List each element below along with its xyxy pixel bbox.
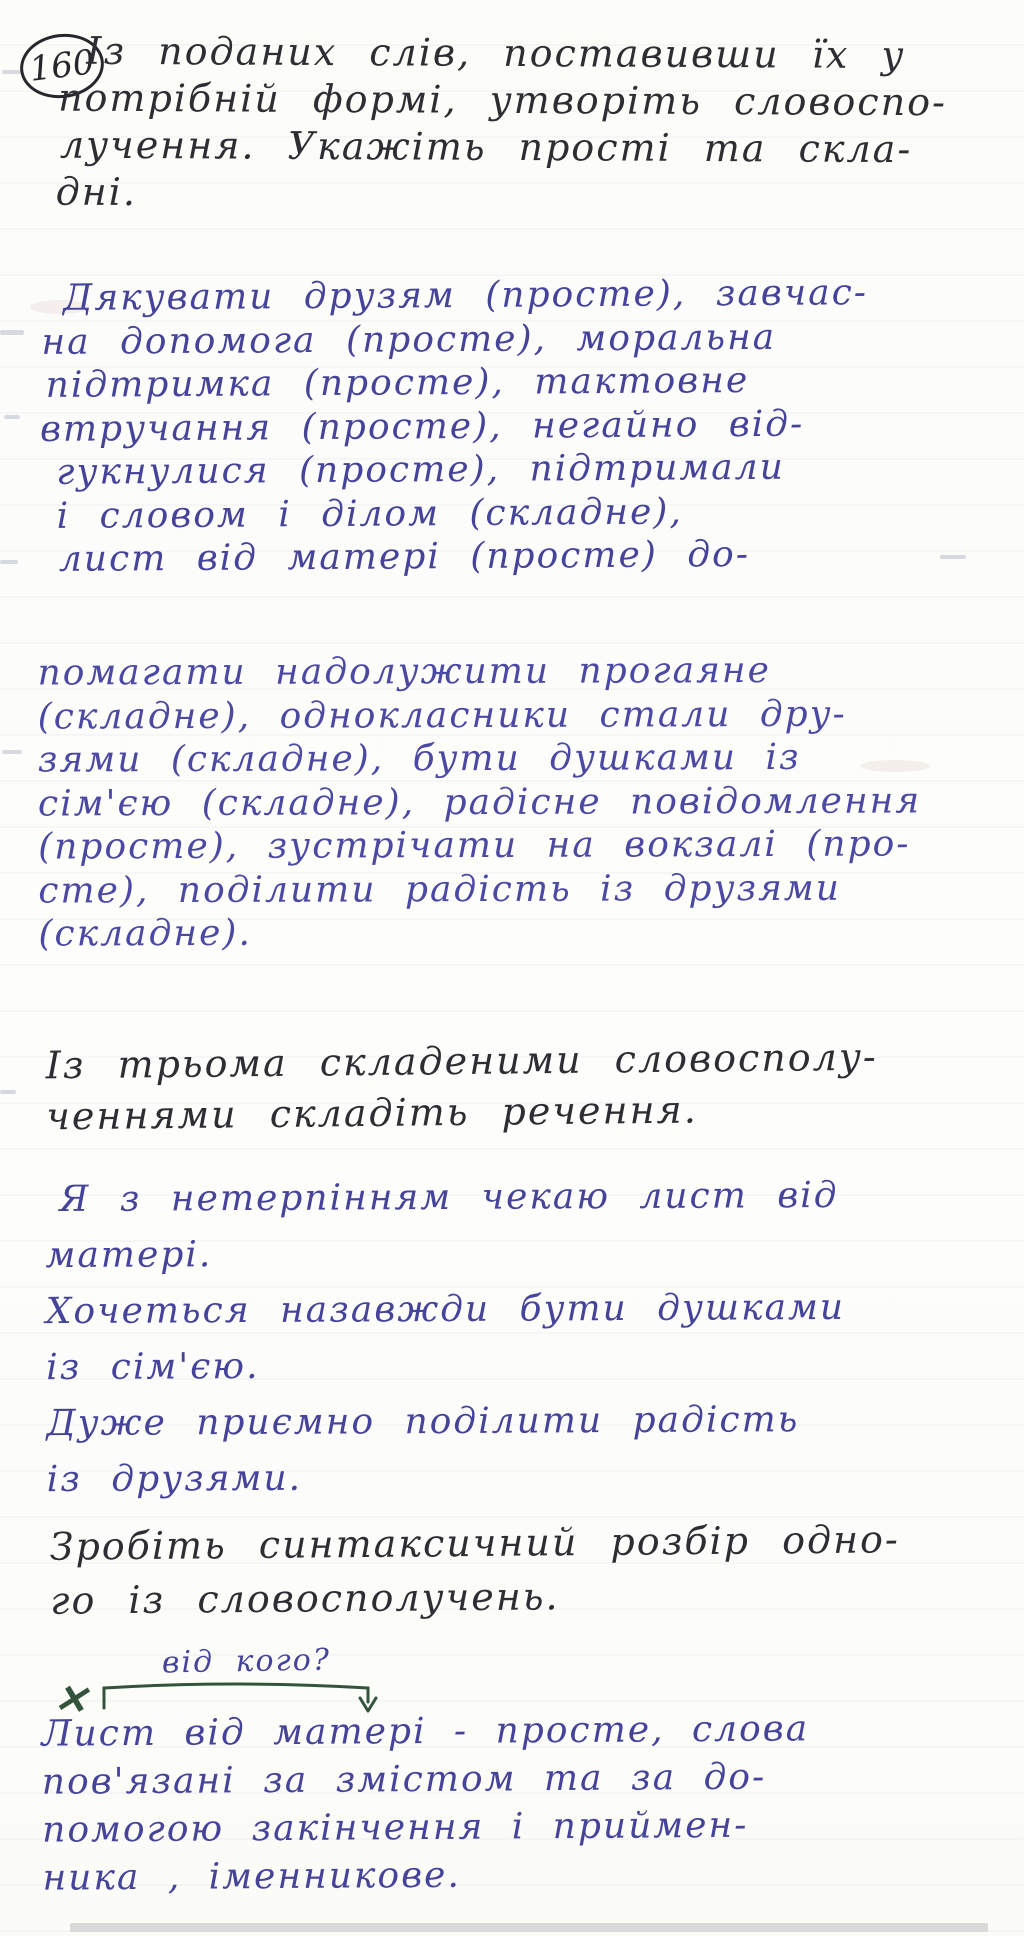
notebook-page: 160 Із поданих слів, поставивши їх у пот… <box>0 0 1024 1936</box>
scan-artifact <box>4 415 20 419</box>
sentence-line: із друзями. <box>47 1448 846 1508</box>
sentence-line: Я з нетерпінням чекаю лист від <box>45 1168 844 1228</box>
sentences-block: Я з нетерпінням чекаю лист від матері. Х… <box>45 1168 846 1508</box>
answer-line: лист від матері (просте) до- <box>59 532 870 581</box>
answer-paragraph-2: помагати надолужити прогаяне (складне), … <box>37 648 921 956</box>
answer-line: Дякувати друзям (просте), завчас- <box>55 271 868 320</box>
task-instruction-3: Зробіть синтаксичний розбір одно- го із … <box>50 1512 901 1627</box>
question-label: від кого? <box>162 1643 331 1681</box>
sentence-line: матері. <box>45 1224 844 1284</box>
scan-edge-strip <box>70 1923 988 1932</box>
answer-line: гукнулися (просте), підтримали <box>56 445 869 494</box>
sentence-line: Хочеться назавжди бути душками <box>46 1280 845 1340</box>
analysis-line: ника , іменникове. <box>42 1849 810 1902</box>
scan-artifact <box>2 750 22 754</box>
task-instruction: Із поданих слів, поставивши їх у потрібн… <box>86 28 948 221</box>
answer-line: (складне). <box>38 909 921 956</box>
answer-line: (просте), зустрічати на вокзалі (про- <box>38 822 921 869</box>
analysis-line: пов'язані за змістом та за до- <box>42 1753 810 1806</box>
sentence-line: Дуже приємно поділити радість <box>46 1392 845 1452</box>
sentence-line: із сім'єю. <box>46 1336 845 1396</box>
scan-artifact <box>2 70 22 74</box>
scan-artifact <box>0 1090 16 1094</box>
answer-line: зями (складне), бути душками із <box>38 735 921 782</box>
task-instruction-line: лучення. Укажіть прості та скла- <box>60 122 947 174</box>
task-instruction-2: Із трьома складеними словосполу- ченнями… <box>45 1032 878 1143</box>
analysis-block: Лист від матері - просте, слова пов'язан… <box>41 1705 810 1902</box>
answer-line: на допомога (просте), моральна <box>41 315 868 364</box>
task-instruction-line: Із трьома складеними словосполу- <box>45 1032 878 1092</box>
answer-line: помагати надолужити прогаяне <box>37 648 920 695</box>
task-instruction-line: Зробіть синтаксичний розбір одно- <box>50 1512 900 1573</box>
task-instruction-line: дні. <box>56 169 947 221</box>
scan-artifact <box>0 330 24 335</box>
answer-line: (складне), однокласники стали дру- <box>38 692 921 739</box>
scan-artifact <box>940 555 966 559</box>
answer-line: і словом і ділом (складне), <box>56 489 869 538</box>
task-instruction-line: потрібній формі, утворіть словоспо- <box>58 75 947 127</box>
answer-paragraph-1: Дякувати друзям (просте), завчас- на доп… <box>55 271 870 581</box>
answer-line: сім'єю (складне), радісне повідомлення <box>38 779 921 826</box>
task-instruction-line: ченнями складіть речення. <box>46 1083 879 1143</box>
analysis-line: Лист від матері - просте, слова <box>41 1705 809 1758</box>
answer-line: підтримка (просте), тактовне <box>46 358 869 407</box>
task-instruction-line: го із словосполучень. <box>50 1566 900 1627</box>
scan-artifact <box>0 560 18 564</box>
task-instruction-line: Із поданих слів, поставивши їх у <box>86 28 947 80</box>
answer-line: сте), поділити радість із друзями <box>38 866 921 913</box>
answer-line: втручання (просте), негайно від- <box>40 402 869 451</box>
analysis-line: помогою закінчення і приймен- <box>42 1801 810 1854</box>
